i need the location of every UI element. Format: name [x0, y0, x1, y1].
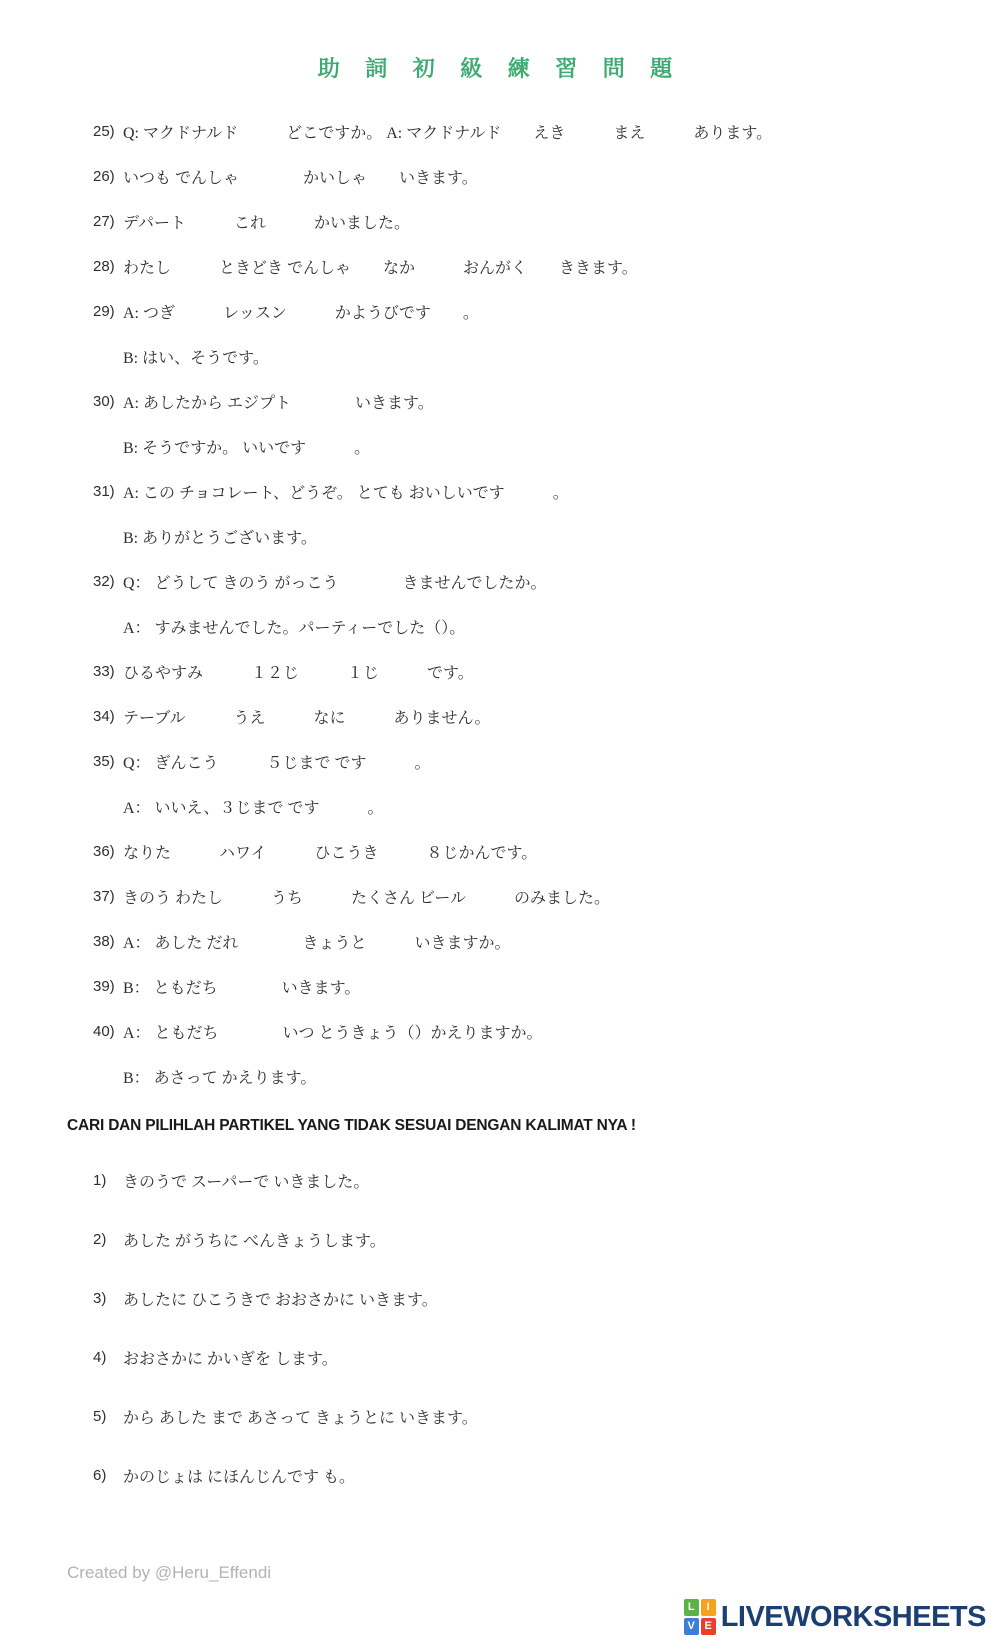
- row-text: あした がうちに べんきょうします。: [123, 1228, 386, 1251]
- logo-tile-e: E: [701, 1618, 716, 1635]
- row-text: A: この チョコレート、どうぞ。 とても おいしいです 。: [123, 480, 569, 503]
- row-number: 40): [93, 1023, 123, 1040]
- logo-tile-l: L: [684, 1599, 699, 1616]
- row-number: 34): [93, 708, 123, 725]
- section2-heading: CARI DAN PILIHLAH PARTIKEL YANG TIDAK SE…: [67, 1115, 1000, 1137]
- liveworksheets-wordmark: LIVEWORKSHEETS: [721, 1601, 986, 1634]
- row-text: B: はい、そうです。: [123, 345, 269, 368]
- row-number: 27): [93, 213, 123, 230]
- worksheet-row: 34)テーブル うえ なに ありません。: [93, 694, 1000, 739]
- row-number: 33): [93, 663, 123, 680]
- row-text: なりた ハワイ ひこうき ８じかんです。: [123, 840, 537, 863]
- particle-section: 1)きのうで スーパーで いきました。2)あした がうちに べんきょうします。3…: [0, 1151, 1000, 1505]
- worksheet-row: 30)A: あしたから エジプト いきます。: [93, 379, 1000, 424]
- row-text: テーブル うえ なに ありません。: [123, 705, 491, 728]
- row-text: あしたに ひこうきで おおさかに いきます。: [123, 1287, 438, 1310]
- worksheet-row: 27)デパート これ かいました。: [93, 199, 1000, 244]
- liveworksheets-logo[interactable]: LIVE LIVEWORKSHEETS: [684, 1599, 986, 1635]
- row-text: デパート これ かいました。: [123, 210, 410, 233]
- row-number: 38): [93, 933, 123, 950]
- row-text: Q： ぎんこう ５じまで です 。: [123, 750, 431, 773]
- row-text: B: そうですか。 いいです 。: [123, 435, 370, 458]
- worksheet-row: 3)あしたに ひこうきで おおさかに いきます。: [93, 1269, 1000, 1328]
- row-text: B： あさって かえります。: [123, 1065, 316, 1088]
- row-number: 37): [93, 888, 123, 905]
- worksheet-row: 26)いつも でんしゃ かいしゃ いきます。: [93, 154, 1000, 199]
- worksheet-row: 5)から あした まで あさって きょうとに いきます。: [93, 1387, 1000, 1446]
- row-number: 2): [93, 1231, 123, 1248]
- logo-tile-v: V: [684, 1618, 699, 1635]
- row-text: B: ありがとうございます。: [123, 525, 317, 548]
- row-number: 32): [93, 573, 123, 590]
- row-text: おおさかに かいぎを します。: [123, 1346, 338, 1369]
- row-number: 28): [93, 258, 123, 275]
- row-number: 30): [93, 393, 123, 410]
- worksheet-row: 35)Q： ぎんこう ５じまで です 。: [93, 739, 1000, 784]
- worksheet-title: 助 詞 初 級 練 習 問 題: [0, 52, 1000, 83]
- row-text: いつも でんしゃ かいしゃ いきます。: [123, 165, 478, 188]
- row-text: から あした まで あさって きょうとに いきます。: [123, 1405, 478, 1428]
- worksheet-row: 28)わたし ときどき でんしゃ なか おんがく ききます。: [93, 244, 1000, 289]
- worksheet-row: A： いいえ、３じまで です 。: [93, 784, 1000, 829]
- row-text: A： すみませんでした。パーティーでした（）。: [123, 615, 465, 638]
- worksheet-row: 4)おおさかに かいぎを します。: [93, 1328, 1000, 1387]
- row-text: A： あした だれ きょうと いきますか。: [123, 930, 511, 953]
- worksheet-row: 32)Q： どうして きのう がっこう きませんでしたか。: [93, 559, 1000, 604]
- row-text: A: つぎ レッスン かようびです 。: [123, 300, 479, 323]
- row-number: 35): [93, 753, 123, 770]
- row-number: 4): [93, 1349, 123, 1366]
- worksheet-row: 31)A: この チョコレート、どうぞ。 とても おいしいです 。: [93, 469, 1000, 514]
- worksheet-row: 1)きのうで スーパーで いきました。: [93, 1151, 1000, 1210]
- row-text: わたし ときどき でんしゃ なか おんがく ききます。: [123, 255, 638, 278]
- row-number: 26): [93, 168, 123, 185]
- row-number: 36): [93, 843, 123, 860]
- questions-section: 25)Q: マクドナルド どこですか。 A: マクドナルド えき まえ あります…: [0, 109, 1000, 1099]
- row-text: きのう わたし うち たくさん ビール のみました。: [123, 885, 610, 908]
- row-text: B： ともだち いきます。: [123, 975, 360, 998]
- worksheet-row: 6)かのじょは にほんじんです も。: [93, 1446, 1000, 1505]
- row-number: 1): [93, 1172, 123, 1189]
- row-text: ひるやすみ １２じ １じ です。: [123, 660, 474, 683]
- row-number: 31): [93, 483, 123, 500]
- row-number: 5): [93, 1408, 123, 1425]
- row-text: Q： どうして きのう がっこう きませんでしたか。: [123, 570, 547, 593]
- worksheet-page: { "title": "助 詞 初 級 練 習 問 題", "section1"…: [0, 0, 1000, 1643]
- worksheet-row: 38)A： あした だれ きょうと いきますか。: [93, 919, 1000, 964]
- liveworksheets-logo-icon: LIVE: [684, 1599, 716, 1635]
- credit-text: Created by @Heru_Effendi: [67, 1563, 1000, 1583]
- row-number: 39): [93, 978, 123, 995]
- row-number: 25): [93, 123, 123, 140]
- worksheet-row: 2)あした がうちに べんきょうします。: [93, 1210, 1000, 1269]
- row-number: 6): [93, 1467, 123, 1484]
- worksheet-row: 33)ひるやすみ １２じ １じ です。: [93, 649, 1000, 694]
- worksheet-row: A： すみませんでした。パーティーでした（）。: [93, 604, 1000, 649]
- worksheet-row: B： あさって かえります。: [93, 1054, 1000, 1099]
- row-number: 3): [93, 1290, 123, 1307]
- row-text: かのじょは にほんじんです も。: [123, 1464, 355, 1487]
- worksheet-row: 40)A： ともだち いつ とうきょう（）かえりますか。: [93, 1009, 1000, 1054]
- worksheet-row: 25)Q: マクドナルド どこですか。 A: マクドナルド えき まえ あります…: [93, 109, 1000, 154]
- row-text: A： ともだち いつ とうきょう（）かえりますか。: [123, 1020, 543, 1043]
- worksheet-row: B: ありがとうございます。: [93, 514, 1000, 559]
- row-text: きのうで スーパーで いきました。: [123, 1169, 369, 1192]
- worksheet-row: 37)きのう わたし うち たくさん ビール のみました。: [93, 874, 1000, 919]
- row-text: Q: マクドナルド どこですか。 A: マクドナルド えき まえ あります。: [123, 120, 772, 143]
- logo-tile-i: I: [701, 1599, 716, 1616]
- worksheet-row: 39)B： ともだち いきます。: [93, 964, 1000, 1009]
- row-text: A: あしたから エジプト いきます。: [123, 390, 434, 413]
- worksheet-row: B: はい、そうです。: [93, 334, 1000, 379]
- worksheet-row: B: そうですか。 いいです 。: [93, 424, 1000, 469]
- row-text: A： いいえ、３じまで です 。: [123, 795, 384, 818]
- worksheet-row: 36)なりた ハワイ ひこうき ８じかんです。: [93, 829, 1000, 874]
- row-number: 29): [93, 303, 123, 320]
- worksheet-row: 29)A: つぎ レッスン かようびです 。: [93, 289, 1000, 334]
